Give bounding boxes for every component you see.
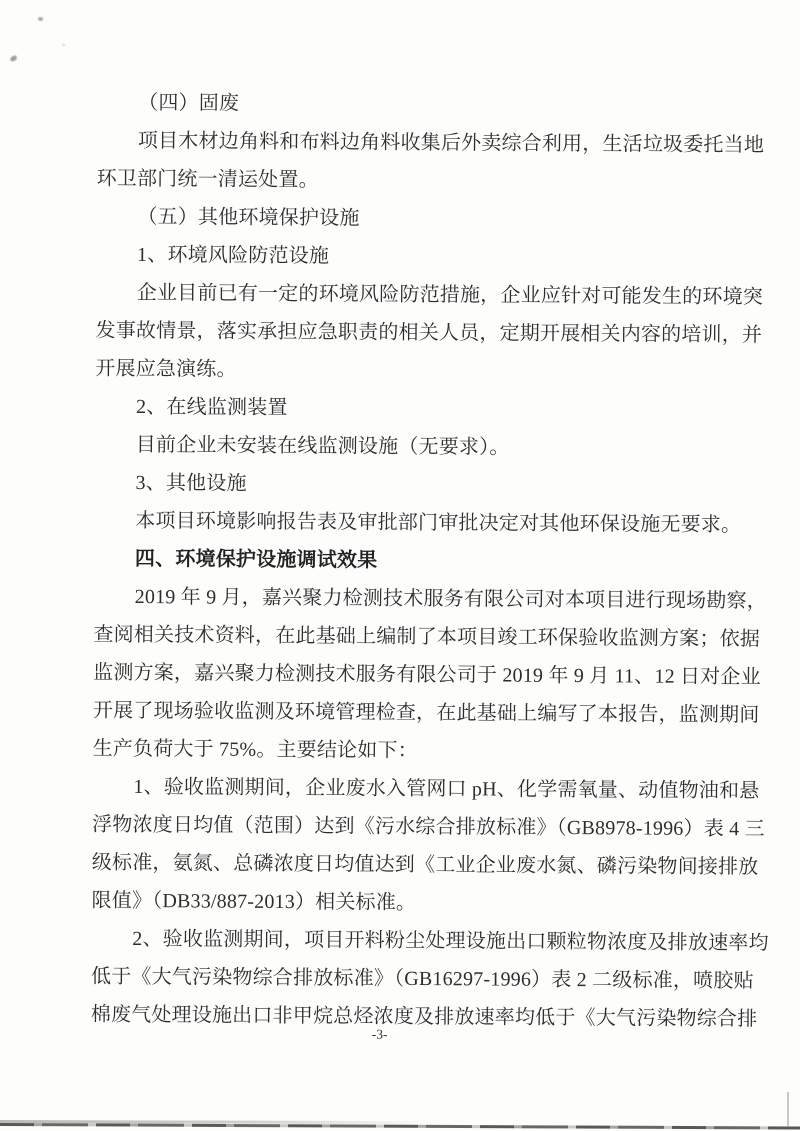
text-line: 企业目前已有一定的环境风险防范措施，企业应针对可能发生的环境突 [96, 274, 758, 317]
text-line: 2019 年 9 月，嘉兴聚力检测技术服务有限公司对本项目进行现场勘察， [94, 578, 756, 621]
para-conclusion-1-wastewater: 1、验收监测期间，企业废水入管网口 pH、化学需氧量、动值物油和悬浮物浓度日均值… [91, 768, 754, 925]
heading-chapter-4-facility-debug-effect: 四、环境保护设施调试效果 [94, 540, 756, 583]
heading-section-5-other-env-facilities: （五）其他环境保护设施 [96, 198, 758, 241]
text-line: 3、其他设施 [94, 464, 756, 507]
text-line: 1、验收监测期间，企业废水入管网口 pH、化学需氧量、动值物油和悬 [92, 768, 754, 811]
scan-speck-artifact [37, 16, 43, 22]
text-line: 级标准，氨氮、总磷浓度日均值达到《工业企业废水氮、磷污染物间接排放 [92, 844, 754, 887]
scanned-document-page: （四）固废项目木材边角料和布料边角料收集后外卖综合利用，生活垃圾委托当地环卫部门… [0, 0, 800, 1131]
para-online-monitoring: 目前企业未安装在线监测设施（无要求）。 [95, 426, 757, 469]
text-line: 2、在线监测装置 [95, 388, 757, 431]
document-content: （四）固废项目木材边角料和布料边角料收集后外卖综合利用，生活垃圾委托当地环卫部门… [91, 84, 760, 1046]
text-line: 查阅相关技术资料，在此基础上编制了本项目竣工环保验收监测方案；依据 [93, 616, 755, 659]
text-line: 发事故情景，落实承担应急职责的相关人员，定期开展相关内容的培训，并 [95, 312, 757, 355]
text-line: 四、环境保护设施调试效果 [94, 540, 756, 583]
para-conclusion-2-waste-gas: 2、验收监测期间，项目开料粉尘处理设施出口颗粒物浓度及排放速率均低于《大气污染物… [91, 920, 754, 1039]
subheading-2-online-monitoring: 2、在线监测装置 [95, 388, 757, 431]
text-line: 目前企业未安装在线监测设施（无要求）。 [95, 426, 757, 469]
scan-edge-line [0, 1123, 800, 1129]
para-other-facilities: 本项目环境影响报告表及审批部门审批决定对其他环保设施无要求。 [94, 502, 756, 545]
text-line: 环卫部门统一清运处置。 [96, 160, 758, 203]
subheading-1-risk-prevention: 1、环境风险防范设施 [96, 236, 758, 279]
text-line: 2、验收监测期间，项目开料粉尘处理设施出口颗粒物浓度及排放速率均 [91, 920, 753, 963]
text-line: 监测方案，嘉兴聚力检测技术服务有限公司于 2019 年 9 月 11、12 日对… [93, 654, 755, 697]
page-number: -3- [49, 1024, 711, 1045]
text-line: 本项目环境影响报告表及审批部门审批决定对其他环保设施无要求。 [94, 502, 756, 545]
text-line: 低于《大气污染物综合排放标准》（GB16297-1996）表 2 二级标准，喷胶… [91, 958, 753, 1001]
text-line: 浮物浓度日均值（范围）达到《污水综合排放标准》（GB8978-1996）表 4 … [92, 806, 754, 849]
scan-speck-artifact [9, 55, 17, 62]
scan-edge-line-right [787, 1092, 789, 1126]
text-line: 限值》（DB33/887-2013）相关标准。 [91, 882, 753, 925]
para-monitoring-overview: 2019 年 9 月，嘉兴聚力检测技术服务有限公司对本项目进行现场勘察，查阅相关… [93, 578, 756, 773]
para-solid-waste: 项目木材边角料和布料边角料收集后外卖综合利用，生活垃圾委托当地环卫部门统一清运处… [96, 122, 759, 203]
text-line: 开展应急演练。 [95, 350, 757, 393]
document-body: （四）固废项目木材边角料和布料边角料收集后外卖综合利用，生活垃圾委托当地环卫部门… [91, 84, 760, 1039]
text-line: （四）固废 [97, 84, 759, 127]
text-line: 开展了现场验收监测及环境管理检查，在此基础上编写了本报告，监测期间 [93, 692, 755, 735]
text-line: （五）其他环境保护设施 [96, 198, 758, 241]
text-line: 生产负荷大于 75%。主要结论如下： [93, 730, 755, 773]
subheading-3-other-facilities: 3、其他设施 [94, 464, 756, 507]
text-line: 项目木材边角料和布料边角料收集后外卖综合利用，生活垃圾委托当地 [97, 122, 759, 165]
scan-speck-artifact [62, 44, 65, 46]
text-line: 1、环境风险防范设施 [96, 236, 758, 279]
heading-section-4-solid-waste: （四）固废 [97, 84, 759, 127]
para-risk-prevention: 企业目前已有一定的环境风险防范措施，企业应针对可能发生的环境突发事故情景，落实承… [95, 274, 758, 393]
